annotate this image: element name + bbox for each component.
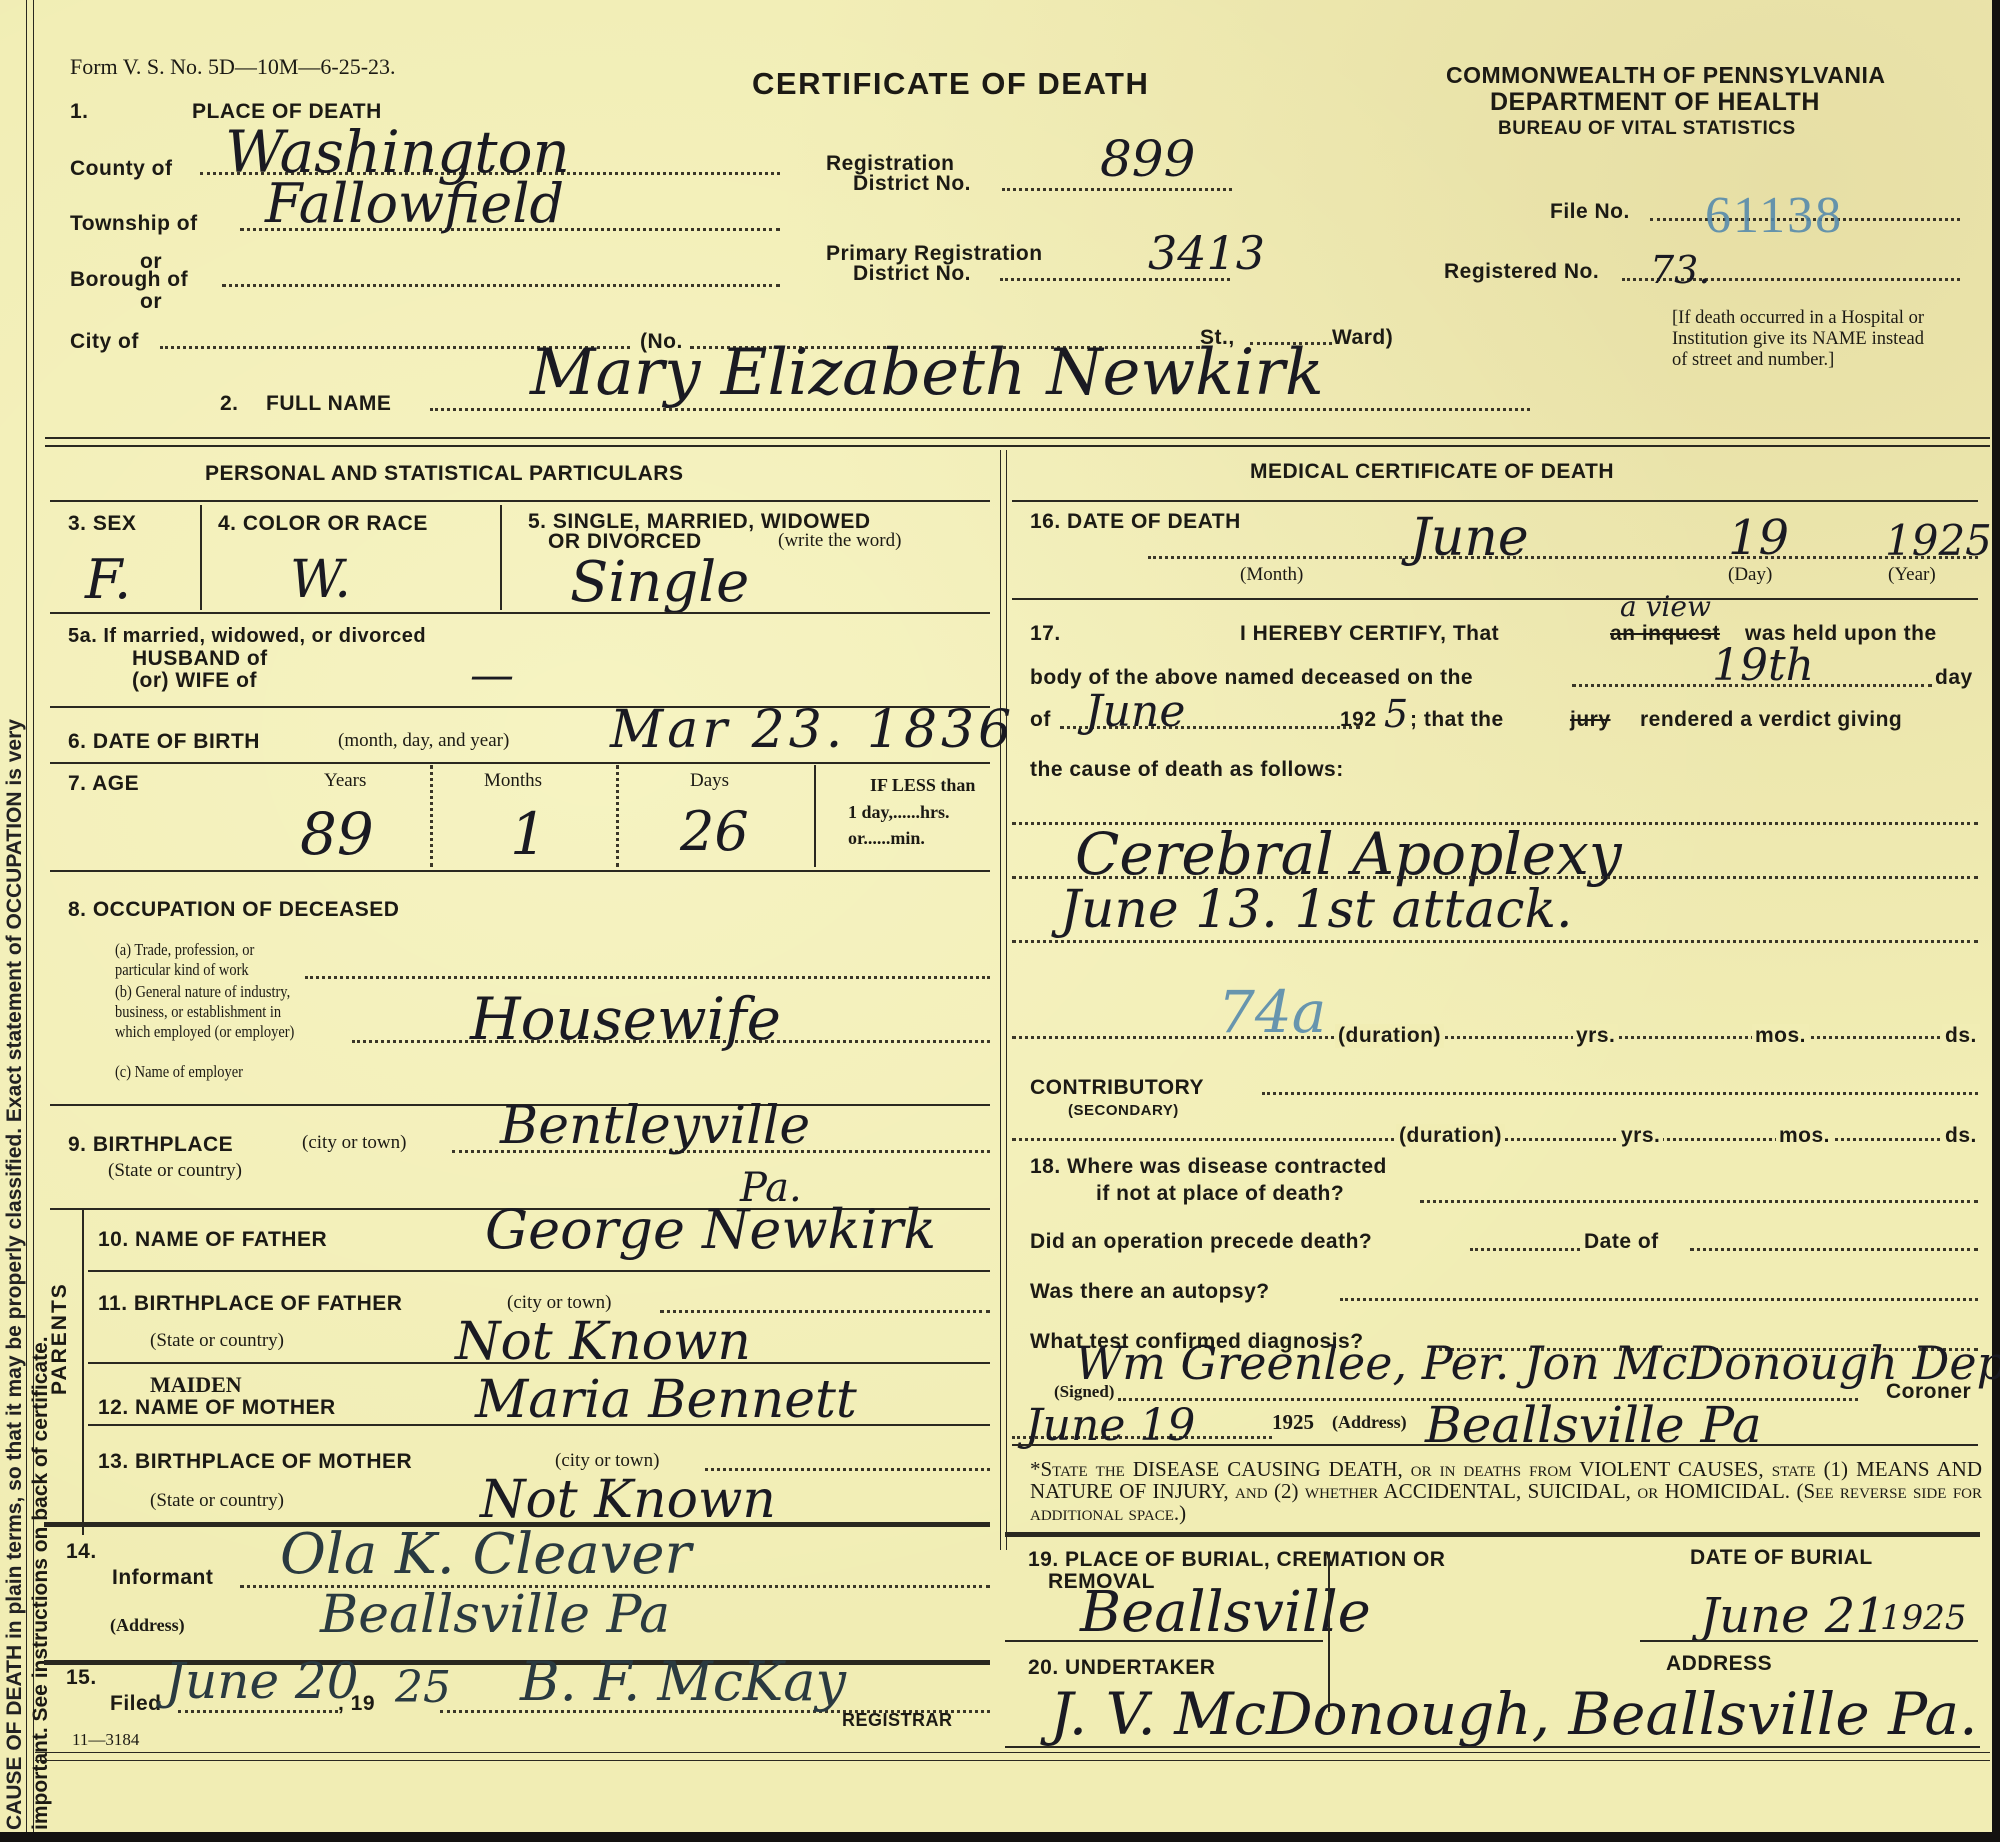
birthplace-city-field[interactable]: Bentleyville — [500, 1096, 810, 1156]
ds-label-2: ds. — [1942, 1124, 1980, 1148]
informant-number: 14. — [66, 1540, 97, 1564]
contracted-label-2: if not at place of death? — [1096, 1182, 1344, 1206]
personal-section-title: PERSONAL AND STATISTICAL PARTICULARS — [205, 462, 683, 486]
mother-birthplace-field[interactable]: Not Known — [480, 1470, 776, 1530]
filed-year-prefix: , 19 — [338, 1692, 375, 1716]
full-name-number: 2. — [220, 392, 239, 416]
father-label: 10. NAME OF FATHER — [98, 1228, 327, 1252]
undertaker-address-label: ADDRESS — [1666, 1652, 1772, 1676]
operation-date-line — [1690, 1248, 1978, 1251]
mother-birthplace-label: 13. BIRTHPLACE OF MOTHER — [98, 1450, 412, 1474]
hospital-note: [If death occurred in a Hospital or Inst… — [1672, 308, 1924, 371]
age-months-label: Months — [484, 770, 542, 792]
contracted-label-1: 18. Where was disease contracted — [1030, 1155, 1387, 1179]
rule-sex-race — [200, 505, 202, 610]
sex-label: 3. SEX — [68, 512, 136, 536]
registrar-signature[interactable]: B. F. McKay — [520, 1650, 846, 1713]
full-name-field[interactable]: Mary Elizabeth Newkirk — [530, 336, 1324, 410]
certify-day-field[interactable]: 19th — [1712, 640, 1814, 691]
burial-year-field[interactable]: 1925 — [1880, 1598, 1967, 1638]
father-birthplace-hint: (city or town) — [507, 1292, 611, 1314]
spouse-label-2: HUSBAND of — [132, 647, 268, 671]
occ-a-line2: particular kind of work — [115, 960, 249, 980]
rule-after-dod — [1012, 598, 1978, 600]
birthplace-hint: (city or town) — [302, 1132, 406, 1154]
occupation-label: 8. OCCUPATION OF DECEASED — [68, 898, 399, 922]
certify-that: ; that the — [1410, 708, 1504, 732]
undertaker-label: 20. UNDERTAKER — [1028, 1656, 1215, 1680]
age-less-line3: or......min. — [848, 828, 925, 849]
place-of-death-number: 1. — [70, 100, 89, 124]
age-less-line2: 1 day,......hrs. — [848, 802, 950, 823]
mos-label-1: mos. — [1752, 1024, 1809, 1048]
mother-maiden-label: MAIDEN — [150, 1372, 242, 1398]
father-field[interactable]: George Newkirk — [485, 1198, 936, 1261]
age-divider-3 — [814, 765, 816, 867]
birthplace-label: 9. BIRTHPLACE — [68, 1133, 233, 1157]
occ-a-line1: (a) Trade, profession, or — [115, 940, 254, 960]
dod-day-label: (Day) — [1728, 564, 1772, 586]
burial-date-line — [1640, 1640, 1978, 1642]
informant-label: Informant — [112, 1566, 213, 1590]
undertaker-line — [1005, 1746, 1980, 1748]
medical-section-title: MEDICAL CERTIFICATE OF DEATH — [1250, 460, 1614, 484]
age-months-field[interactable]: 1 — [510, 800, 547, 868]
footnote: *State the DISEASE CAUSING DEATH, or in … — [1030, 1458, 1982, 1524]
form-code: 11—3184 — [72, 1730, 139, 1750]
address-field[interactable]: Beallsville Pa — [320, 1585, 670, 1645]
rule-medical-title — [1012, 500, 1978, 502]
primary-reg-label-2: District No. — [853, 262, 971, 286]
certify-of-label: of — [1030, 708, 1051, 732]
township-label: Township of — [70, 212, 198, 236]
contributory-label: CONTRIBUTORY — [1030, 1076, 1204, 1100]
occ-b-line2: business, or establishment in — [115, 1002, 281, 1022]
death-certificate: CAUSE OF DEATH in plain terms, so that i… — [0, 0, 1992, 1832]
burial-place-line — [1005, 1640, 1323, 1642]
certify-text1: I HEREBY CERTIFY, That — [1240, 622, 1499, 646]
reg-district-label-2: District No. — [853, 172, 971, 196]
dod-month-field[interactable]: June — [1410, 508, 1529, 568]
autopsy-line — [1340, 1298, 1978, 1301]
parents-label: PARENTS — [48, 1282, 72, 1395]
certify-insert-view[interactable]: a view — [1620, 590, 1711, 623]
certify-year-field[interactable]: 5 — [1384, 692, 1408, 736]
undertaker-field[interactable]: J. V. McDonough, Beallsville Pa. — [1050, 1680, 1978, 1748]
or-label-2: or — [140, 290, 162, 314]
certify-rest: rendered a verdict giving — [1640, 708, 1902, 732]
father-birthplace-state-hint: (State or country) — [150, 1330, 284, 1352]
dod-label: 16. DATE OF DEATH — [1030, 510, 1241, 534]
father-birthplace-label: 11. BIRTHPLACE OF FATHER — [98, 1292, 402, 1316]
rule-after-signature — [1012, 1444, 1978, 1446]
occ-b-line3: which employed (or employer) — [115, 1022, 294, 1042]
operation-label: Did an operation precede death? — [1030, 1230, 1372, 1254]
address-label: (Address) — [110, 1615, 185, 1636]
cause-line-3 — [1012, 940, 1978, 943]
age-divider-2 — [616, 765, 619, 867]
margin-instructions: CAUSE OF DEATH in plain terms, so that i… — [2, 630, 54, 1830]
certify-month-field[interactable]: June — [1085, 686, 1185, 737]
autopsy-label: Was there an autopsy? — [1030, 1280, 1270, 1304]
rule-after-father — [88, 1270, 990, 1272]
yrs-label-1: yrs. — [1573, 1024, 1618, 1048]
margin-note-line1: CAUSE OF DEATH in plain terms, so that i… — [2, 630, 28, 1830]
agency-commonwealth: COMMONWEALTH OF PENNSYLVANIA — [1446, 62, 1885, 89]
burial-date-label: DATE OF BURIAL — [1690, 1546, 1873, 1570]
occ-a-line — [305, 976, 990, 979]
spouse-field[interactable]: — — [470, 650, 514, 701]
file-no-stamp: 61138 — [1705, 186, 1843, 245]
contracted-line — [1420, 1200, 1978, 1203]
operation-line — [1470, 1248, 1580, 1251]
registrar-label: REGISTRAR — [842, 1710, 953, 1731]
filed-date-line — [178, 1710, 338, 1713]
spouse-label-3: (or) WIFE of — [132, 669, 257, 693]
race-field[interactable]: W. — [290, 550, 351, 610]
dob-field[interactable]: Mar 23. 1836 — [610, 700, 1015, 760]
reg-district-field[interactable]: 899 — [1100, 130, 1195, 188]
header-rule-top — [45, 437, 1990, 439]
birthplace-state-hint: (State or country) — [108, 1160, 242, 1182]
cause-line-2 — [1012, 876, 1978, 879]
file-no-label: File No. — [1550, 200, 1630, 224]
full-name-label: FULL NAME — [266, 392, 391, 416]
cause-line-4 — [1012, 1036, 1978, 1039]
age-less-line1: IF LESS than — [870, 775, 975, 796]
dob-hint: (month, day, and year) — [338, 730, 509, 752]
burial-label-1: 19. PLACE OF BURIAL, CREMATION OR — [1028, 1548, 1445, 1572]
occupation-field[interactable]: Housewife — [470, 985, 781, 1053]
header-rule-bottom — [45, 445, 1990, 447]
mother-birthplace-state-hint: (State or country) — [150, 1490, 284, 1512]
column-divider-right — [1006, 450, 1007, 1550]
occ-c-label: (c) Name of employer — [115, 1062, 243, 1082]
age-days-label: Days — [690, 770, 729, 792]
rule-before-burial — [1005, 1532, 1980, 1537]
cause-detail-field[interactable]: June 13. 1st attack. — [1060, 880, 1573, 940]
mother-label: 12. NAME OF MOTHER — [98, 1396, 336, 1420]
yrs-label-2: yrs. — [1618, 1124, 1663, 1148]
rule-after-mother — [88, 1424, 990, 1426]
marital-field[interactable]: Single — [570, 550, 749, 615]
age-divider-1 — [430, 765, 433, 867]
certify-day-label: day — [1935, 666, 1973, 690]
rule-after-dob — [50, 762, 990, 764]
duration-label-1: (duration) — [1335, 1024, 1444, 1048]
certify-struck-jury: jury — [1570, 708, 1611, 732]
rule-personal-title — [50, 500, 990, 502]
filed-date-field[interactable]: June 20 — [165, 1652, 359, 1710]
race-label: 4. COLOR OR RACE — [218, 512, 428, 536]
spouse-label-1: 5a. If married, widowed, or divorced — [68, 625, 426, 648]
page-title: CERTIFICATE OF DEATH — [752, 66, 1149, 102]
reg-district-line — [1002, 188, 1232, 191]
footer-rule-top — [35, 1752, 1990, 1753]
certify-year-prefix: 192 — [1340, 708, 1377, 732]
coroner-label: Coroner — [1886, 1380, 1971, 1404]
rule-race-marital — [500, 505, 502, 610]
footer-rule-bottom — [35, 1760, 1990, 1761]
dod-year-field[interactable]: 1925 — [1885, 516, 1992, 565]
borough-label: Borough of — [70, 268, 188, 292]
dob-label: 6. DATE OF BIRTH — [68, 730, 260, 754]
operation-date-label: Date of — [1584, 1230, 1659, 1254]
marital-hint: (write the word) — [778, 530, 901, 552]
dod-line — [1148, 556, 1978, 559]
occ-b-line1: (b) General nature of industry, — [115, 982, 290, 1002]
informant-field[interactable]: Ola K. Cleaver — [280, 1522, 691, 1587]
signature-field[interactable]: Wm Greenlee, Per. Jon McDonough Dep. — [1075, 1336, 2000, 1390]
certify-struck-inquest: an inquest — [1610, 622, 1720, 646]
borough-line — [222, 284, 780, 287]
signed-year: 1925 — [1272, 1410, 1314, 1435]
sex-field[interactable]: F. — [85, 548, 131, 611]
registered-no-field[interactable]: 73. — [1650, 248, 1710, 292]
ds-label-1: ds. — [1942, 1024, 1980, 1048]
certify-cause: the cause of death as follows: — [1030, 758, 1344, 782]
ward-label: Ward) — [1332, 326, 1393, 350]
dod-year-label: (Year) — [1888, 564, 1936, 586]
dod-day-field[interactable]: 19 — [1728, 510, 1789, 566]
contributory-line — [1262, 1092, 1978, 1095]
rule-after-father-birthplace — [88, 1362, 990, 1364]
primary-reg-field[interactable]: 3413 — [1148, 226, 1265, 280]
agency-department: DEPARTMENT OF HEALTH — [1490, 88, 1820, 117]
secondary-label: (SECONDARY) — [1068, 1102, 1179, 1119]
registered-no-label: Registered No. — [1444, 260, 1599, 284]
cause-code-annotation: 74a — [1218, 978, 1326, 1046]
age-label: 7. AGE — [68, 772, 139, 796]
duration-label-2: (duration) — [1396, 1124, 1505, 1148]
dod-month-label: (Month) — [1240, 564, 1303, 586]
rule-after-age — [50, 870, 990, 872]
certify-number: 17. — [1030, 622, 1061, 646]
rule-after-sex — [50, 612, 990, 614]
form-number: Form V. S. No. 5D—10M—6-25-23. — [70, 54, 396, 80]
column-divider-left — [1000, 450, 1001, 1550]
parents-bracket — [82, 1210, 84, 1535]
burial-date-field[interactable]: June 21 — [1700, 1588, 1886, 1644]
city-label: City of — [70, 330, 139, 354]
age-years-field[interactable]: 89 — [300, 800, 374, 868]
age-days-field[interactable]: 26 — [680, 800, 749, 863]
filed-number: 15. — [66, 1666, 97, 1690]
mother-birthplace-hint: (city or town) — [555, 1450, 659, 1472]
agency-bureau: BUREAU OF VITAL STATISTICS — [1498, 118, 1796, 140]
age-years-label: Years — [324, 770, 366, 792]
filed-label: Filed — [110, 1692, 162, 1716]
mos-label-2: mos. — [1776, 1124, 1833, 1148]
margin-note-line2: important. See instructions on back of c… — [28, 630, 54, 1830]
township-field[interactable]: Fallowfield — [265, 172, 564, 235]
county-label: County of — [70, 157, 172, 181]
filed-year-field[interactable]: 25 — [395, 1662, 451, 1713]
mother-field[interactable]: Maria Bennett — [475, 1370, 857, 1430]
signed-address-label: (Address) — [1332, 1412, 1407, 1433]
